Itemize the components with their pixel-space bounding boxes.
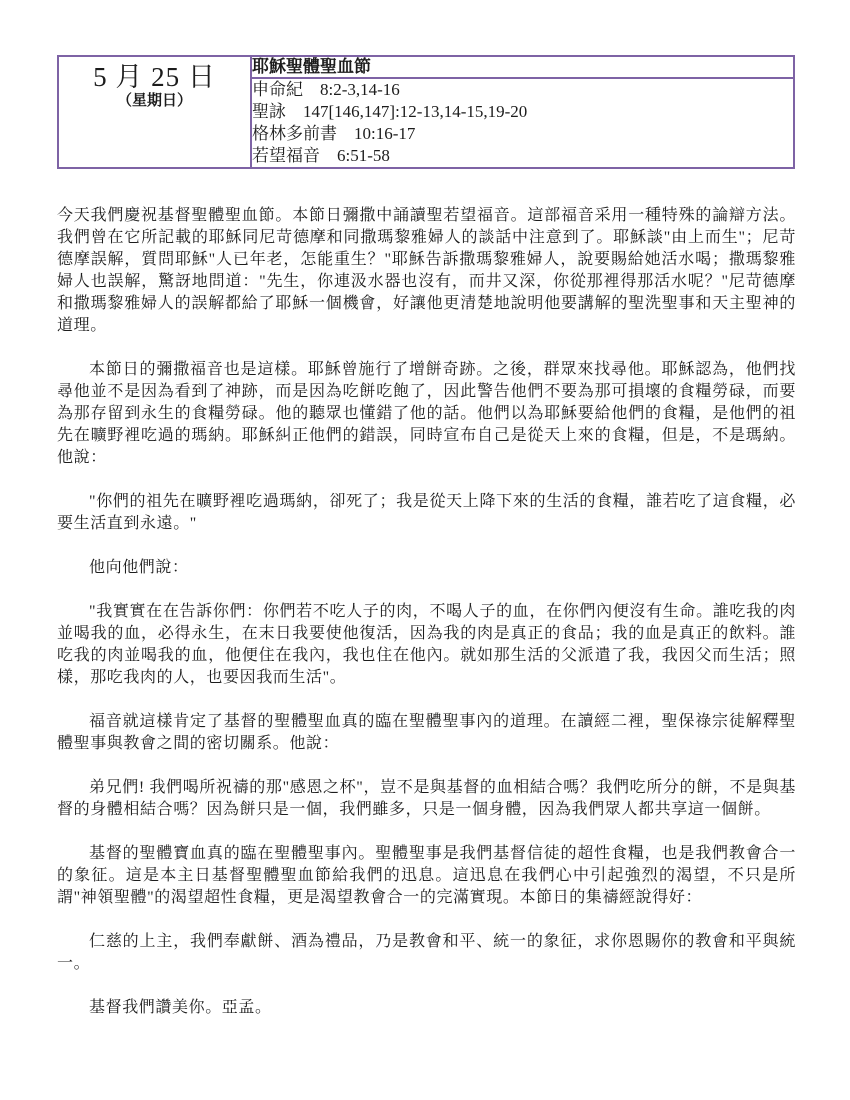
date-text: 5 月 25 日 — [59, 57, 250, 92]
paragraph: 仁慈的上主，我們奉獻餅、酒為禮品，乃是教會和平、統一的象征，求你恩賜你的教會和平… — [57, 931, 796, 975]
paragraph: 基督的聖體寶血真的臨在聖體聖事內。聖體聖事是我們基督信徒的超性食糧，也是我們教會… — [57, 843, 796, 909]
reading-line: 若望福音 6:51-58 — [252, 145, 793, 167]
paragraph: 弟兄們! 我們喝所祝禱的那"感恩之杯"，豈不是與基督的血相結合嗎？我們吃所分的餅… — [57, 777, 796, 821]
paragraph: 福音就這樣肯定了基督的聖體聖血真的臨在聖體聖事內的道理。在讀經二裡，聖保祿宗徒解… — [57, 711, 796, 755]
paragraph: 今天我們慶祝基督聖體聖血節。本節日彌撒中誦讀聖若望福音。這部福音采用一種特殊的論… — [57, 205, 796, 337]
paragraph: "我實實在在告訴你們：你們若不吃人子的肉，不喝人子的血，在你們內便沒有生命。誰吃… — [57, 601, 796, 689]
reading-line: 聖詠 147[146,147]:12-13,14-15,19-20 — [252, 101, 793, 123]
weekday-text: （星期日） — [59, 92, 250, 110]
date-cell: 5 月 25 日 （星期日） — [58, 56, 251, 168]
paragraph: 基督我們讚美你。亞孟。 — [57, 997, 796, 1019]
paragraph: 本節日的彌撒福音也是這樣。耶穌曾施行了增餅奇跡。之後，群眾來找尋他。耶穌認為，他… — [57, 359, 796, 469]
paragraph: "你們的祖先在曠野裡吃過瑪納，卻死了；我是從天上降下來的生活的食糧，誰若吃了這食… — [57, 491, 796, 535]
paragraph: 他向他們說： — [57, 557, 796, 579]
reading-line: 格林多前書 10:16-17 — [252, 123, 793, 145]
feast-title: 耶穌聖體聖血節 — [251, 56, 794, 78]
readings-cell: 申命紀 8:2-3,14-16 聖詠 147[146,147]:12-13,14… — [251, 78, 794, 168]
header-table: 5 月 25 日 （星期日） 耶穌聖體聖血節 申命紀 8:2-3,14-16 聖… — [57, 55, 795, 169]
article-body: 今天我們慶祝基督聖體聖血節。本節日彌撒中誦讀聖若望福音。這部福音采用一種特殊的論… — [57, 205, 796, 1041]
reading-line: 申命紀 8:2-3,14-16 — [252, 79, 793, 101]
document-page: 5 月 25 日 （星期日） 耶穌聖體聖血節 申命紀 8:2-3,14-16 聖… — [0, 0, 850, 1100]
